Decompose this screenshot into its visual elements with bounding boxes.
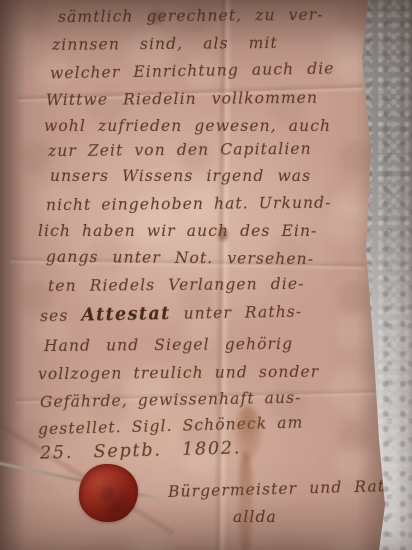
- handwriting-line: wohl zufrieden gewesen, auch: [44, 117, 331, 135]
- handwriting-line: gestellet. Sigl. Schöneck am: [38, 414, 304, 439]
- handwriting-line: zinnsen sind, als mit: [52, 34, 278, 54]
- handwriting-line: lich haben wir auch des Ein-: [38, 222, 317, 240]
- attestat-prefix: ses: [40, 307, 82, 326]
- seal-thread-left: [0, 461, 84, 483]
- water-stain-streak: [239, 452, 252, 550]
- handwriting-line-attestat: ses Attestat unter Raths-: [40, 302, 302, 327]
- handwriting-line: ten Riedels Verlangen die-: [48, 275, 305, 295]
- red-wax-seal: [79, 464, 138, 522]
- handwriting-line: Hand und Siegel gehörig: [44, 335, 293, 355]
- word-attestat: Attestat: [81, 304, 170, 326]
- signature-place: allda: [233, 508, 277, 526]
- handwriting-line: gangs unter Not. versehen-: [46, 248, 314, 268]
- handwriting-line: Gefährde, gewissenhaft aus-: [40, 389, 302, 412]
- handwriting-line: sämtlich gerechnet, zu ver-: [58, 6, 324, 26]
- attestat-suffix: unter Raths-: [170, 303, 302, 323]
- handwriting-date-line: 25. Septb. 1802.: [40, 438, 242, 463]
- photo-of-handwritten-letter: sämtlich gerechnet, zu ver- zinnsen sind…: [0, 0, 412, 550]
- handwriting-line: zur Zeit von den Capitalien: [48, 140, 312, 160]
- paper-document: sämtlich gerechnet, zu ver- zinnsen sind…: [0, 0, 390, 550]
- handwriting-line: unsers Wissens irgend was: [50, 167, 311, 185]
- handwriting-line: Wittwe Riedelin vollkommen: [46, 89, 318, 109]
- handwriting-line: nicht eingehoben hat. Urkund-: [46, 194, 332, 214]
- handwriting-line: vollzogen treulich und sonder: [38, 363, 319, 383]
- handwriting-line: welcher Einrichtung auch die: [50, 60, 335, 83]
- signature-line: Bürgermeister und Rath: [168, 477, 397, 501]
